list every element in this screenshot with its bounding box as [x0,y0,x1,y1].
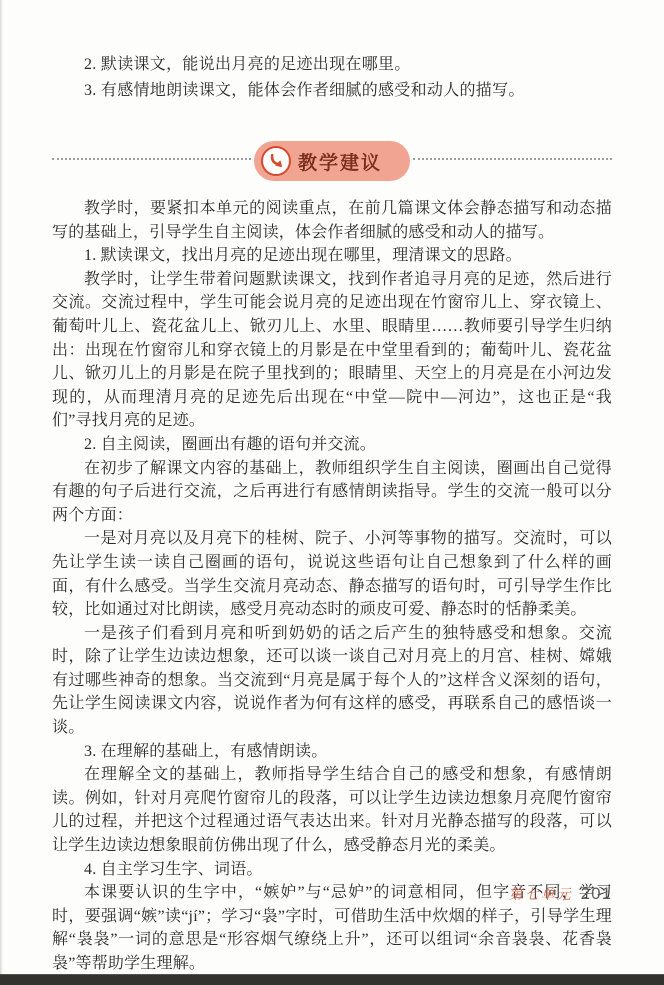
unit-label: 第七单元 [509,884,573,904]
paragraph: 教学时，要紧扣本单元的阅读重点，在前几篇课文体会静态描写和动态描写的基础上，引导… [52,197,612,244]
paragraph: 在理解全文的基础上，教师指导学生结合自己的感受和想象，有感情朗读。例如，针对月亮… [52,763,612,857]
paragraph: 3. 在理解的基础上，有感情朗读。 [52,740,612,764]
section-header: 教学建议 [52,138,612,184]
scan-edge-bottom [0,974,664,985]
paragraph: 在初步了解课文内容的基础上，教师组织学生自主阅读，圈画出自己觉得有趣的句子后进行… [52,457,612,528]
paragraph: 教学时，让学生带着问题默读课文，找到作者追寻月亮的足迹，然后进行交流。交流过程中… [52,268,612,433]
section-body: 教学时，要紧扣本单元的阅读重点，在前几篇课文体会静态描写和动态描写的基础上，引导… [52,197,612,976]
section-title: 教学建议 [298,148,382,175]
down-right-arrow-icon [261,146,291,176]
section-header-pill: 教学建议 [254,141,410,181]
paragraph: 2. 自主阅读，圈画出有趣的语句并交流。 [52,433,612,457]
paragraph: 一是对月亮以及月亮下的桂树、院子、小河等事物的描写。交流时，可以先让学生读一读自… [52,527,612,621]
scan-edge-left [0,0,3,985]
dotted-divider-right [413,158,612,160]
page-number: 201 [581,884,612,904]
paragraph: 4. 自主学习生字、词语。 [52,858,612,882]
paragraph: 1. 默读课文，找出月亮的足迹出现在哪里，理清课文的思路。 [52,244,612,268]
objective-item: 2. 默读课文，能说出月亮的足迹出现在哪里。 [52,52,612,78]
dotted-divider-left [52,158,251,160]
page-footer: 第七单元 201 [509,884,612,904]
page-content: 2. 默读课文，能说出月亮的足迹出现在哪里。 3. 有感情地朗读课文，能体会作者… [52,0,612,976]
paragraph: 一是孩子们看到月亮和听到奶奶的话之后产生的独特感受和想象。交流时，除了让学生边读… [52,622,612,740]
lesson-objectives: 2. 默读课文，能说出月亮的足迹出现在哪里。 3. 有感情地朗读课文，能体会作者… [52,52,612,104]
objective-item: 3. 有感情地朗读课文，能体会作者细腻的感受和动人的描写。 [52,78,612,104]
